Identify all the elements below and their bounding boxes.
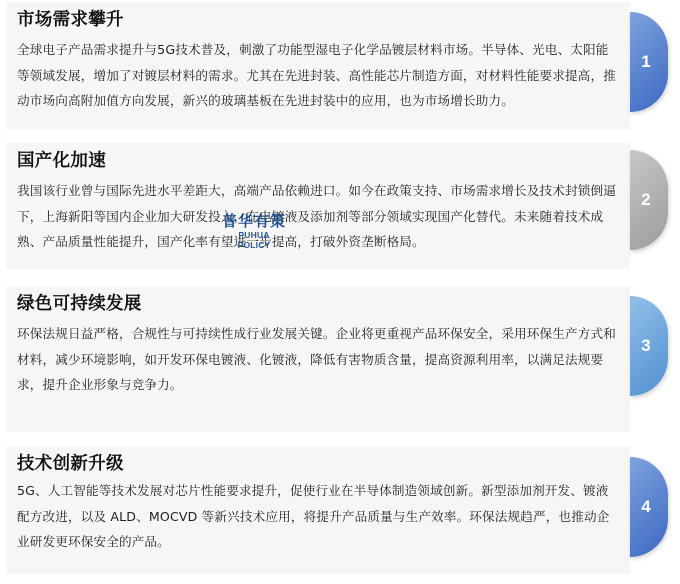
badge-number: 2 xyxy=(641,190,650,210)
card-title: 国产化加速 xyxy=(17,147,616,175)
number-badge-2: 2 xyxy=(630,150,668,250)
card-title: 技术创新升级 xyxy=(17,450,616,478)
trend-card-market-demand: 市场需求攀升 全球电子产品需求提升与5G技术普及，刺激了功能型湿电子化学品镀层材… xyxy=(6,2,630,130)
card-body: 我国该行业曾与国际先进水平差距大，高端产品依赖进口。如今在政策支持、市场需求增长… xyxy=(17,178,616,255)
number-badge-3: 3 xyxy=(630,296,668,396)
number-badge-4: 4 xyxy=(630,457,668,557)
card-title: 市场需求攀升 xyxy=(17,6,616,34)
card-body: 5G、人工智能等技术发展对芯片性能要求提升，促使行业在半导体制造领域创新。新型添… xyxy=(17,478,616,555)
card-body: 环保法规日益严格，合规性与可持续性成行业发展关键。企业将更重视产品环保安全，采用… xyxy=(17,321,616,398)
trend-card-localization: 国产化加速 我国该行业曾与国际先进水平差距大，高端产品依赖进口。如今在政策支持、… xyxy=(6,143,630,269)
trend-card-green-sustainability: 绿色可持续发展 环保法规日益严格，合规性与可持续性成行业发展关键。企业将更重视产… xyxy=(6,286,630,432)
badge-number: 3 xyxy=(641,336,650,356)
badge-number: 4 xyxy=(641,497,650,517)
number-badge-1: 1 xyxy=(630,12,668,112)
card-body: 全球电子产品需求提升与5G技术普及，刺激了功能型湿电子化学品镀层材料市场。半导体… xyxy=(17,37,616,114)
card-title: 绿色可持续发展 xyxy=(17,290,616,318)
badge-number: 1 xyxy=(641,52,650,72)
trend-card-tech-innovation: 技术创新升级 5G、人工智能等技术发展对芯片性能要求提升，促使行业在半导体制造领… xyxy=(6,446,630,574)
